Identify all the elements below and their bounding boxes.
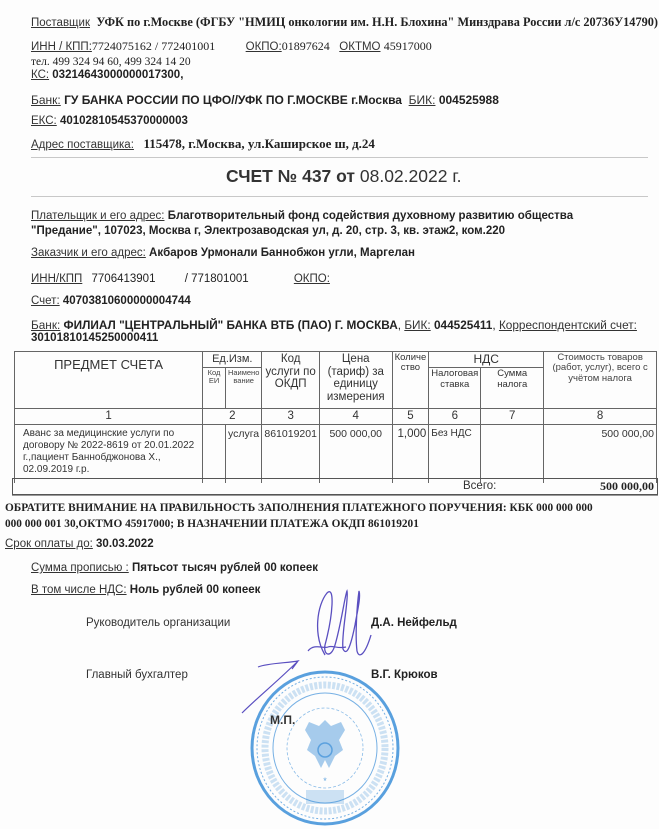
divider	[31, 196, 648, 197]
okpo-value: 01897624	[282, 39, 330, 53]
header-price: Цена (тариф) за единицу измерения	[319, 352, 392, 409]
amount-words-label: Сумма прописью :	[31, 562, 129, 574]
payer-bik-value: 044525411	[434, 318, 492, 332]
amount-vat-label: В том числе НДС:	[31, 584, 127, 596]
bik-label: БИК:	[409, 93, 436, 107]
invoice-date: 08.02.2022 г.	[360, 166, 462, 186]
bank-label: Банк:	[31, 93, 61, 107]
bik-value: 004525988	[439, 93, 499, 107]
payer-corr-label: Корреспондентский счет:	[499, 318, 637, 332]
amount-words: Сумма прописью : Пятьсот тысяч рублей 00…	[31, 562, 318, 574]
total-row: Всего: 500 000,00	[12, 478, 658, 495]
row-price: 500 000,00	[319, 425, 392, 483]
row-vat-sum	[481, 425, 544, 483]
payer-okpo-label: ОКПО:	[294, 273, 330, 285]
row-vat-rate: Без НДС	[429, 425, 481, 483]
supplier-label: Поставщик	[31, 17, 90, 29]
col-number: 1	[15, 409, 203, 425]
payer-account-value: 40703810600000004744	[63, 295, 191, 307]
col-number: 5	[392, 409, 429, 425]
row-qty: 1,000	[392, 425, 429, 483]
payer-bank-value: ФИЛИАЛ "ЦЕНТРАЛЬНЫЙ" БАНКА ВТБ (ПАО) Г. …	[64, 318, 398, 332]
address-value: 115478, г.Москва, ул.Каширское ш, д.24	[144, 136, 375, 151]
head-label: Руководитель организации	[86, 617, 230, 629]
accountant-label: Главный бухгалтер	[86, 669, 188, 681]
due-label: Срок оплаты до:	[5, 538, 93, 550]
header-okdp: Код услуги по ОКДП	[262, 352, 320, 409]
invoice-table: ПРЕДМЕТ СЧЕТА Ед.Изм. Код услуги по ОКДП…	[14, 351, 657, 483]
ks-value: 03214643000000017300,	[52, 69, 183, 81]
amount-words-value: Пятьсот тысяч рублей 00 копеек	[132, 562, 318, 574]
total-label: Всего:	[463, 480, 496, 492]
invoice-title: СЧЕТ № 437 от 08.02.2022 г.	[226, 166, 461, 187]
header-unit-code: Код ЕИ	[203, 368, 226, 409]
header-vat-sum: Сумма налога	[481, 368, 544, 409]
row-cost: 500 000,00	[544, 425, 657, 483]
supplier-line: Поставщик УФК по г.Москве (ФГБУ "НМИЦ он…	[31, 15, 658, 30]
customer-line: Заказчик и его адрес: Акбаров Урмонали Б…	[31, 247, 415, 259]
payment-notice-line2: 000 000 001 30,ОКТМО 45917000; В НАЗНАЧЕ…	[5, 516, 419, 533]
column-numbers-row: 1 2 3 4 5 6 7 8	[15, 409, 657, 425]
bank-value: ГУ БАНКА РОССИИ ПО ЦФО//УФК ПО Г.МОСКВЕ …	[64, 93, 402, 107]
ks-label: КС:	[31, 69, 49, 81]
amount-vat: В том числе НДС: Ноль рублей 00 копеек	[31, 584, 260, 596]
total-value: 500 000,00	[600, 479, 654, 494]
okpo-label: ОКПО:	[246, 41, 282, 53]
col-number: 2	[203, 409, 262, 425]
supplier-address: Адрес поставщика: 115478, г.Москва, ул.К…	[31, 136, 375, 152]
payer-kpp-value: / 771801001	[185, 273, 249, 285]
payer-bank: Банк: ФИЛИАЛ "ЦЕНТРАЛЬНЫЙ" БАНКА ВТБ (ПА…	[31, 318, 637, 332]
header-qty: Количе ство	[392, 352, 429, 409]
address-label: Адрес поставщика:	[31, 139, 134, 151]
header-cost: Стоимость товаров (работ, услуг), всего …	[544, 352, 657, 409]
customer-value: Акбаров Урмонали Баннобжон угли, Маргела…	[149, 247, 415, 259]
header-vat: НДС	[429, 352, 544, 368]
payer-inn-value: 7706413901	[92, 273, 156, 285]
header-subject: ПРЕДМЕТ СЧЕТА	[15, 352, 203, 409]
inn-kpp-value: 7724075162 / 772401001	[92, 39, 215, 53]
head-name: Д.А. Нейфельд	[371, 617, 457, 629]
col-number: 6	[429, 409, 481, 425]
supplier-codes: ИНН / КПП:7724075162 / 772401001 ОКПО:01…	[31, 39, 432, 54]
header-unit-name: Наимено вание	[225, 368, 261, 409]
header-vat-rate: Налоговая ставка	[429, 368, 481, 409]
invoice-from: от	[336, 166, 355, 186]
accountant-signature-icon	[228, 645, 378, 725]
payer-corr-value: 30101810145250000411	[31, 332, 158, 344]
payer-inn-kpp-label: ИНН/КПП	[31, 273, 82, 285]
table-row: Аванс за медицинские услуги по договору …	[15, 425, 657, 483]
oktmo-label: ОКТМО	[339, 41, 380, 53]
payer-bik-label: БИК:	[404, 318, 430, 332]
row-subject: Аванс за медицинские услуги по договору …	[15, 425, 203, 483]
divider	[31, 157, 648, 158]
payer-value-1: Благотворительный фонд содействия духовн…	[168, 210, 573, 222]
payer-codes: ИНН/КПП 7706413901 / 771801001 ОКПО:	[31, 273, 330, 285]
payment-notice-line1: ОБРАТИТЕ ВНИМАНИЕ НА ПРАВИЛЬНОСТЬ ЗАПОЛН…	[5, 500, 593, 517]
svg-text:*: *	[323, 776, 327, 786]
oktmo-value: 45917000	[384, 39, 432, 53]
supplier-bank: Банк: ГУ БАНКА РОССИИ ПО ЦФО//УФК ПО Г.М…	[31, 93, 499, 107]
eks-value: 40102810545370000003	[60, 115, 188, 127]
payer-label: Плательщик и его адрес:	[31, 210, 164, 222]
supplier-phone: тел. 499 324 94 60, 499 324 14 20	[31, 56, 191, 68]
eks-label: ЕКС:	[31, 115, 57, 127]
row-okdp: 861019201	[262, 425, 320, 483]
payer-line: Плательщик и его адрес: Благотворительны…	[31, 210, 573, 222]
amount-vat-value: Ноль рублей 00 копеек	[130, 584, 261, 596]
header-unit: Ед.Изм.	[203, 352, 262, 368]
col-number: 3	[262, 409, 320, 425]
inn-kpp-label: ИНН / КПП:	[31, 41, 92, 53]
row-unit-code	[203, 425, 226, 483]
invoice-number: СЧЕТ № 437	[226, 166, 331, 186]
due-date: Срок оплаты до: 30.03.2022	[5, 538, 154, 550]
supplier-ks: КС: 03214643000000017300,	[31, 69, 183, 81]
col-number: 7	[481, 409, 544, 425]
payer-value-2: "Предание", 107023, Москва г, Электрозав…	[31, 225, 505, 237]
payer-bank-label: Банк:	[31, 318, 60, 332]
row-unit-name: услуга	[225, 425, 261, 483]
col-number: 8	[544, 409, 657, 425]
due-value: 30.03.2022	[96, 538, 154, 550]
col-number: 4	[319, 409, 392, 425]
customer-label: Заказчик и его адрес:	[31, 247, 146, 259]
payer-account-label: Счет:	[31, 295, 60, 307]
payer-account: Счет: 40703810600000004744	[31, 295, 191, 307]
supplier-value: УФК по г.Москве (ФГБУ "НМИЦ онкологии им…	[96, 15, 658, 29]
supplier-eks: ЕКС: 40102810545370000003	[31, 115, 188, 127]
